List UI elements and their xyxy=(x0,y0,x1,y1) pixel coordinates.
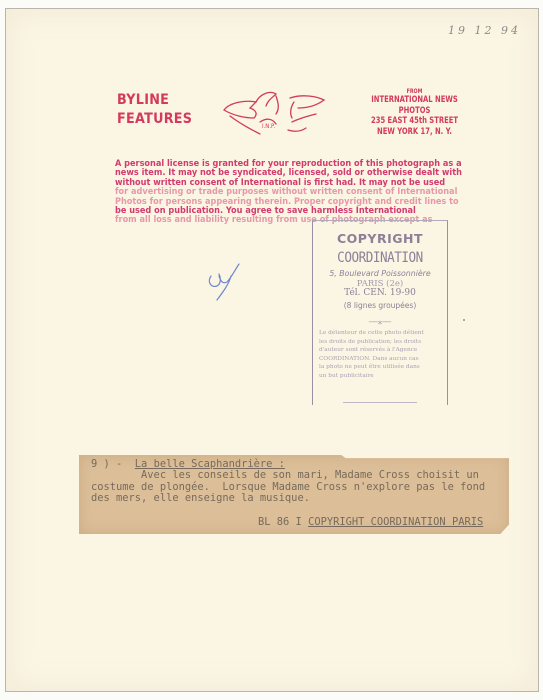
stamp-lines-note: (8 lignes groupées) xyxy=(313,301,447,310)
byline-features-stamp: BYLINE FEATURES xyxy=(117,91,192,129)
caption-line: Avec les conseils de son mari, Madame Cr… xyxy=(141,469,479,481)
byline-line2: FEATURES xyxy=(117,110,192,129)
copyright-coordination-stamp: COPYRIGHT COORDINATION 5, Boulevard Pois… xyxy=(312,220,448,405)
caption-credit: BL 86 I COPYRIGHT COORDINATION PARIS xyxy=(258,516,483,528)
notice-line: d'auteur sont réservés à l'Agence xyxy=(319,346,441,355)
license-line: Photos for persons appearing therein. Pr… xyxy=(115,198,457,207)
caption-title: La belle Scaphandrière : xyxy=(135,458,285,470)
caption-number: 9 ) - xyxy=(91,458,122,470)
caption-line: des mers, elle enseigne la musique. xyxy=(91,492,310,504)
notice-line: les droits de publication; les droits xyxy=(319,338,441,347)
from-address-stamp: FROM INTERNATIONAL NEWS PHOTOS 235 EAST … xyxy=(365,88,465,137)
license-notice: A personal license is granted for your r… xyxy=(115,160,457,226)
handwritten-number-mark xyxy=(205,262,245,302)
inp-logo-label: I.N.P. xyxy=(262,123,275,130)
notice-line: Le détenteur de cette photo détient xyxy=(319,329,441,338)
ornament-icon: —⁎— xyxy=(313,316,447,327)
byline-line1: BYLINE xyxy=(117,91,192,110)
stamp-phone: Tél. CEN. 19-90 xyxy=(313,288,447,298)
stamp-bottom-rule xyxy=(343,402,417,403)
handwritten-date: 19 12 94 xyxy=(448,24,521,37)
caption-ref: BL 86 I xyxy=(258,516,302,528)
eagle-logo-icon xyxy=(220,88,330,143)
stamp-agency: COORDINATION xyxy=(320,250,441,266)
caption-line: costume de plongée. Lorsque Madame Cross… xyxy=(91,481,485,493)
stamp-address: 5, Boulevard Poissonnière xyxy=(313,269,447,278)
ink-speck xyxy=(463,319,465,321)
from-line: 235 EAST 45th STREET xyxy=(365,116,465,127)
notice-line: un but publicitaire xyxy=(319,372,441,381)
notice-line: COORDINATION. Dans aucun cas xyxy=(319,355,441,364)
stamp-notice: Le détenteur de cette photo détient les … xyxy=(313,329,447,380)
from-label: FROM xyxy=(365,88,465,95)
stamp-title: COPYRIGHT xyxy=(313,231,447,246)
from-line: INTERNATIONAL NEWS PHOTOS xyxy=(365,95,465,116)
caption-credit-text: COPYRIGHT COORDINATION PARIS xyxy=(308,516,483,528)
caption-text: 9 ) - La belle Scaphandrière : Avec les … xyxy=(91,459,485,505)
from-line: NEW YORK 17, N. Y. xyxy=(365,127,465,138)
notice-line: la photo ne peut être utilisée dans xyxy=(319,363,441,372)
